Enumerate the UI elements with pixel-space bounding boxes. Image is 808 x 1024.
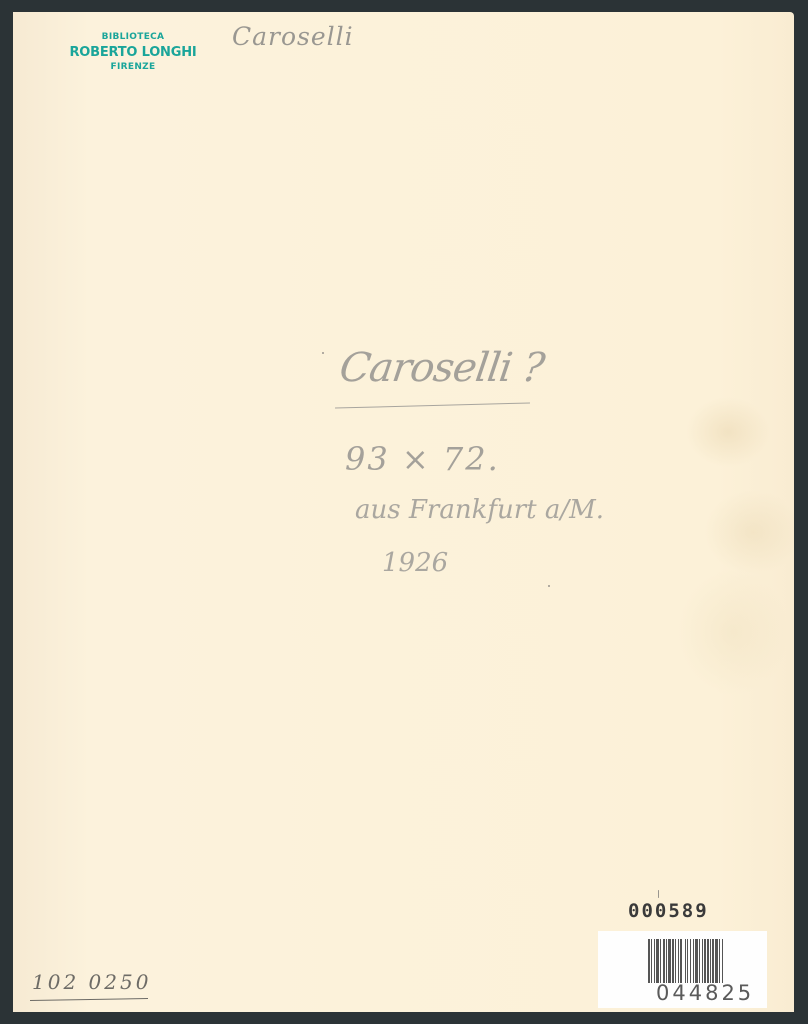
- pencil-note-year: 1926: [382, 548, 448, 578]
- pencil-note-title: Caroselli ?: [337, 345, 547, 391]
- stamp-line-firenze: FIRENZE: [62, 63, 204, 72]
- pencil-note-inventory: 102 0250: [32, 970, 151, 994]
- paper-speck: [658, 890, 659, 898]
- barcode-number: 044825: [656, 981, 754, 1005]
- scan-frame: BIBLIOTECA ROBERTO LONGHI FIRENZE Carose…: [0, 0, 808, 1024]
- pencil-note-top: Caroselli: [232, 22, 354, 51]
- stamp-line-biblioteca: BIBLIOTECA: [62, 33, 204, 42]
- pencil-note-provenance: aus Frankfurt a/M.: [355, 495, 604, 525]
- barcode-label: 044825: [598, 931, 767, 1008]
- pencil-note-dimensions: 93 × 72.: [345, 440, 500, 478]
- stamped-inventory-number: 000589: [628, 900, 709, 922]
- paper-speck: [322, 352, 324, 354]
- stamp-line-roberto-longhi: ROBERTO LONGHI: [62, 46, 204, 59]
- paper-speck: [548, 585, 550, 587]
- barcode-icon: [648, 939, 754, 983]
- library-stamp: BIBLIOTECA ROBERTO LONGHI FIRENZE: [62, 33, 204, 72]
